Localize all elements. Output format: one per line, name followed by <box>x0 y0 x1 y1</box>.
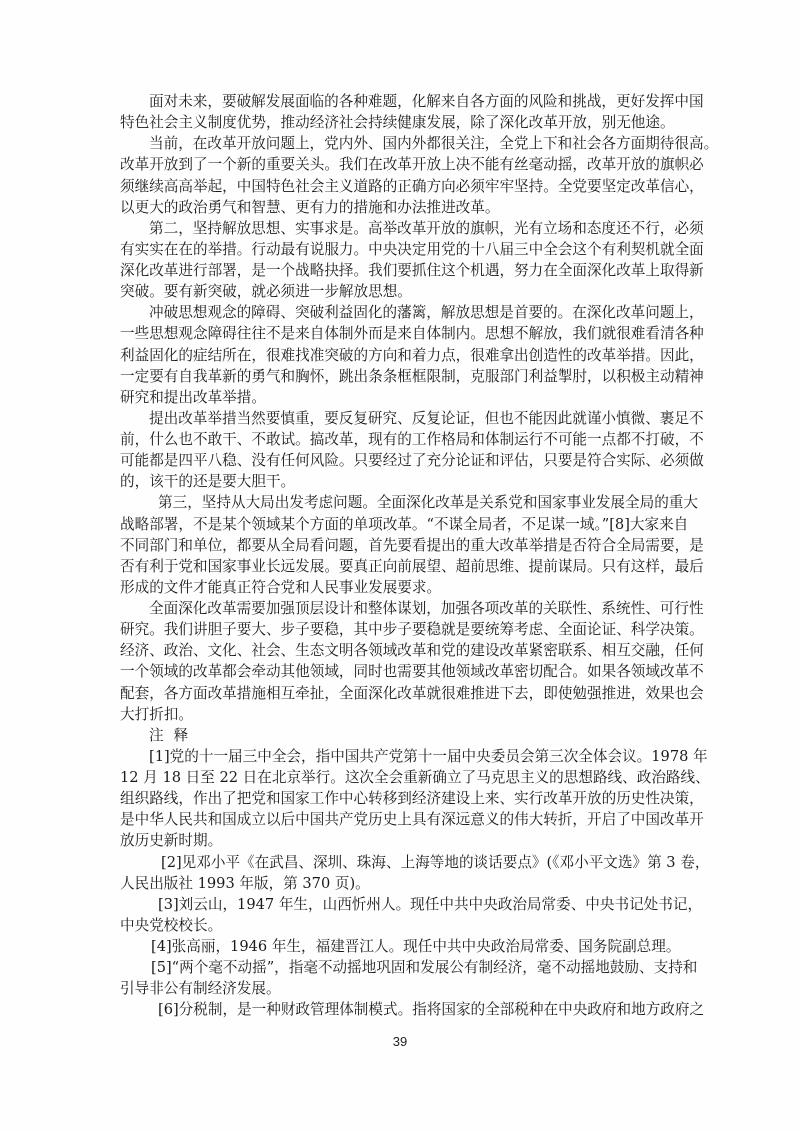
text-line: 第二，坚持解放思想、实事求是。高举改革开放的旗帜，光有立场和态度还不行，必须 <box>120 218 681 239</box>
footnote: [2]见邓小平《在武昌、深圳、珠海、上海等地的谈话要点》(《邓小平文选》第 3 … <box>120 852 681 894</box>
text-line: 以更大的政治勇气和智慧、更有力的措施和办法推进改革。 <box>120 197 681 218</box>
text-line: 组织路线，作出了把党和国家工作中心转移到经济建设上来、实行改革开放的历史性决策， <box>120 788 681 809</box>
text-line: 配套，各方面改革措施相互牵扯，全面深化改革就很难推进下去，即使勉强推进，效果也会 <box>120 683 681 704</box>
text-line: 全面深化改革需要加强顶层设计和整体谋划，加强各项改革的关联性、系统性、可行性 <box>120 598 681 619</box>
paragraph: 冲破思想观念的障碍、突破利益固化的藩篱，解放思想是首要的。在深化改革问题上， 一… <box>120 302 681 408</box>
paragraph: 当前，在改革开放问题上，党内外、国内外都很关注，全党上下和社会各方面期待很高。 … <box>120 133 681 218</box>
paragraph: 第二，坚持解放思想、实事求是。高举改革开放的旗帜，光有立场和态度还不行，必须 有… <box>120 218 681 303</box>
text-line: 有实实在在的举措。行动最有说服力。中央决定用党的十八届三中全会这个有利契机就全面 <box>120 239 681 260</box>
text-line: 否有利于党和国家事业长远发展。要真正向前展望、超前思维、提前谋局。只有这样，最后 <box>120 556 681 577</box>
text-line: 人民出版社 1993 年版，第 370 页)。 <box>120 873 681 894</box>
text-line: 经济、政治、文化、社会、生态文明各领域改革和党的建设改革紧密联系、相互交融，任何 <box>120 640 681 661</box>
text-line: [3]刘云山，1947 年生，山西忻州人。现任中共中央政治局常委、中央书记处书记… <box>120 894 681 915</box>
text-line: 引导非公有制经济发展。 <box>120 978 681 999</box>
text-line: 改革开放到了一个新的重要关头。我们在改革开放上决不能有丝毫动摇，改革开放的旗帜必 <box>120 154 681 175</box>
body-text: 面对未来，要破解发展面临的各种难题，化解来自各方面的风险和挑战，更好发挥中国 特… <box>120 91 681 1021</box>
paragraph: 第三，坚持从大局出发考虑问题。全面深化改革是关系党和国家事业发展全局的重大 战略… <box>120 492 681 598</box>
text-line: 第三，坚持从大局出发考虑问题。全面深化改革是关系党和国家事业发展全局的重大 <box>120 492 681 513</box>
text-line: 的，该干的还是要大胆干。 <box>120 471 681 492</box>
text-line: [2]见邓小平《在武昌、深圳、珠海、上海等地的谈话要点》(《邓小平文选》第 3 … <box>120 852 681 873</box>
text-line: 须继续高高举起，中国特色社会主义道路的正确方向必须牢牢坚持。全党要坚定改革信心， <box>120 176 681 197</box>
text-line: [5]“两个毫不动摇”，指毫不动摇地巩固和发展公有制经济，毫不动摇地鼓励、支持和 <box>120 957 681 978</box>
text-line: 一些思想观念障碍往往不是来自体制外而是来自体制内。思想不解放，我们就很难看清各种 <box>120 323 681 344</box>
text-line: 利益固化的症结所在，很难找准突破的方向和着力点，很难拿出创造性的改革举措。因此， <box>120 345 681 366</box>
document-page: 面对未来，要破解发展面临的各种难题，化解来自各方面的风险和挑战，更好发挥中国 特… <box>0 0 800 1131</box>
text-line: 是中华人民共和国成立以后中国共产党历史上具有深远意义的伟大转折，开启了中国改革开 <box>120 809 681 830</box>
text-line: 战略部署，不是某个领域某个方面的单项改革。“不谋全局者，不足谋一域。”[8]大家… <box>120 514 681 535</box>
text-line: 一个领域的改革都会牵动其他领域，同时也需要其他领域改革密切配合。如果各领域改革不 <box>120 661 681 682</box>
text-line: 突破。要有新突破，就必须进一步解放思想。 <box>120 281 681 302</box>
paragraph: 提出改革举措当然要慎重，要反复研究、反复论证，但也不能因此就谨小慎微、裹足不 前… <box>120 408 681 493</box>
text-line: [6]分税制，是一种财政管理体制模式。指将国家的全部税种在中央政府和地方政府之 <box>120 999 681 1020</box>
footnote: [4]张高丽，1946 年生，福建晋江人。现任中共中央政治局常委、国务院副总理。 <box>120 936 681 957</box>
text-line: 深化改革进行部署，是一个战略抉择。我们要抓住这个机遇，努力在全面深化改革上取得新 <box>120 260 681 281</box>
footnote: [5]“两个毫不动摇”，指毫不动摇地巩固和发展公有制经济，毫不动摇地鼓励、支持和… <box>120 957 681 999</box>
footnote: [1]党的十一届三中全会，指中国共产党第十一届中央委员会第三次全体会议。1978… <box>120 746 681 852</box>
notes-heading: 注释 <box>120 725 681 746</box>
text-line: 大打折扣。 <box>120 704 681 725</box>
text-line: 中央党校校长。 <box>120 915 681 936</box>
text-line: 放历史新时期。 <box>120 830 681 851</box>
text-line: 特色社会主义制度优势，推动经济社会持续健康发展，除了深化改革开放，别无他途。 <box>120 112 681 133</box>
paragraph: 全面深化改革需要加强顶层设计和整体谋划，加强各项改革的关联性、系统性、可行性 研… <box>120 598 681 725</box>
text-line: 研究。我们讲胆子要大、步子要稳，其中步子要稳就是要统筹考虑、全面论证、科学决策。 <box>120 619 681 640</box>
text-line: [4]张高丽，1946 年生，福建晋江人。现任中共中央政治局常委、国务院副总理。 <box>120 936 681 957</box>
text-line: 面对未来，要破解发展面临的各种难题，化解来自各方面的风险和挑战，更好发挥中国 <box>120 91 681 112</box>
footnote: [3]刘云山，1947 年生，山西忻州人。现任中共中央政治局常委、中央书记处书记… <box>120 894 681 936</box>
text-line: 提出改革举措当然要慎重，要反复研究、反复论证，但也不能因此就谨小慎微、裹足不 <box>120 408 681 429</box>
text-line: 可能都是四平八稳、没有任何风险。只要经过了充分论证和评估，只要是符合实际、必须做 <box>120 450 681 471</box>
text-line: 12 月 18 日至 22 日在北京举行。这次全会重新确立了马克思主义的思想路线… <box>120 767 681 788</box>
paragraph: 面对未来，要破解发展面临的各种难题，化解来自各方面的风险和挑战，更好发挥中国 特… <box>120 91 681 133</box>
page-number: 39 <box>0 1034 800 1049</box>
text-line: 形成的文件才能真正符合党和人民事业发展要求。 <box>120 577 681 598</box>
text-line: 当前，在改革开放问题上，党内外、国内外都很关注，全党上下和社会各方面期待很高。 <box>120 133 681 154</box>
text-line: 研究和提出改革举措。 <box>120 387 681 408</box>
text-line: 冲破思想观念的障碍、突破利益固化的藩篱，解放思想是首要的。在深化改革问题上， <box>120 302 681 323</box>
text-line: 一定要有自我革新的勇气和胸怀，跳出条条框框限制，克服部门利益掣肘，以积极主动精神 <box>120 366 681 387</box>
text-line: [1]党的十一届三中全会，指中国共产党第十一届中央委员会第三次全体会议。1978… <box>120 746 681 767</box>
text-line: 不同部门和单位，都要从全局看问题，首先要看提出的重大改革举措是否符合全局需要，是 <box>120 535 681 556</box>
footnote: [6]分税制，是一种财政管理体制模式。指将国家的全部税种在中央政府和地方政府之 <box>120 999 681 1020</box>
text-line: 前，什么也不敢干、不敢试。搞改革，现有的工作格局和体制运行不可能一点都不打破，不 <box>120 429 681 450</box>
